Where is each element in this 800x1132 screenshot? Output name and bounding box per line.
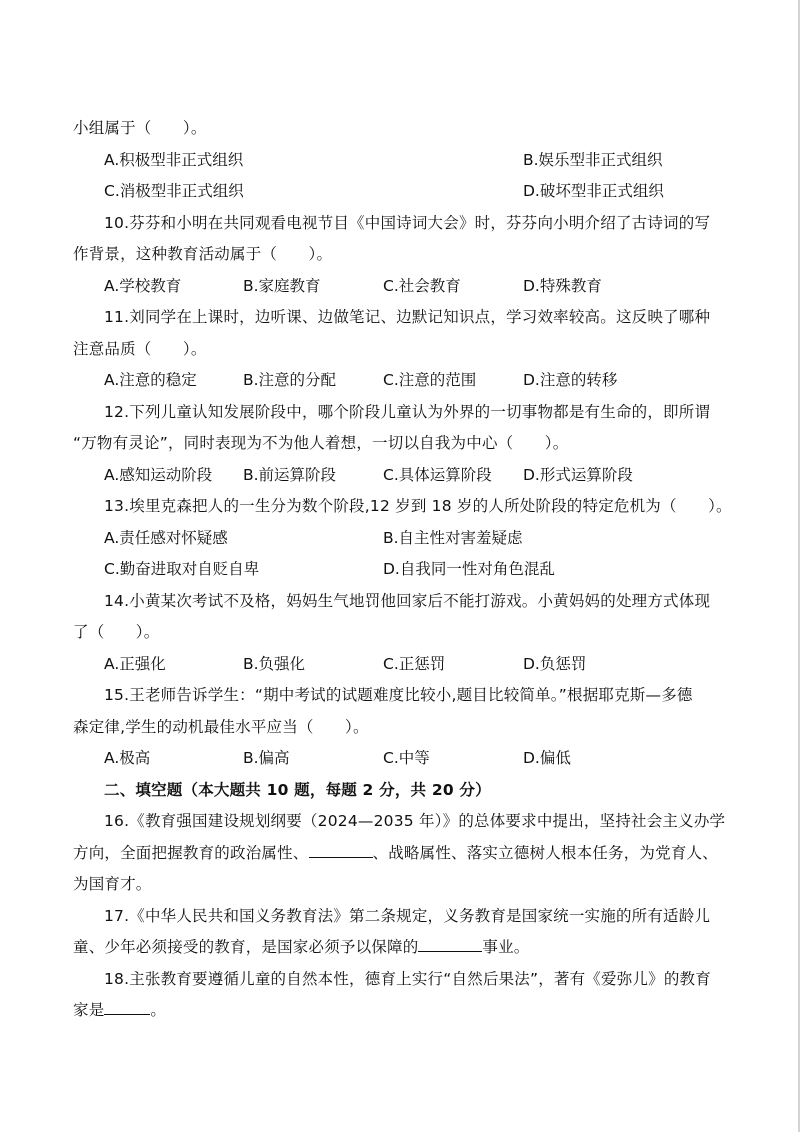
- option-d[interactable]: D.形式运算阶段: [523, 465, 633, 485]
- question-17-text-a: 童、少年必须接受的教育，是国家必须予以保障的: [73, 938, 418, 956]
- option-c[interactable]: C.消极型非正式组织: [104, 181, 244, 201]
- question-15-stem-line1: 15.王老师告诉学生：“期中考试的试题难度比较小,题目比较简单。”根据耶克斯—多…: [104, 685, 693, 705]
- fill-blank-17[interactable]: [418, 937, 482, 952]
- question-18-stem-line1: 18.主张教育要遵循儿童的自然本性，德育上实行“自然后果法”，著有《爱弥儿》的教…: [104, 969, 711, 989]
- option-d[interactable]: D.偏低: [523, 748, 571, 768]
- option-a[interactable]: A.正强化: [104, 654, 166, 674]
- fill-blank-16[interactable]: [309, 843, 373, 858]
- option-c[interactable]: C.中等: [383, 748, 430, 768]
- option-d[interactable]: D.负惩罚: [523, 654, 586, 674]
- question-17-stem-line1: 17.《中华人民共和国义务教育法》第二条规定，义务教育是国家统一实施的所有适龄儿: [104, 906, 710, 926]
- question-16-stem-line2: 方向，全面把握教育的政治属性、、战略属性、落实立德树人根本任务，为党育人、: [73, 843, 718, 863]
- question-9-options-row1: A.积极型非正式组织 B.娱乐型非正式组织: [0, 150, 800, 170]
- option-d[interactable]: D.自我同一性对角色混乱: [383, 559, 555, 579]
- question-16-stem-line1: 16.《教育强国建设规划纲要（2024—2035 年）》的总体要求中提出，坚持社…: [104, 811, 725, 831]
- option-b[interactable]: B.偏高: [243, 748, 290, 768]
- question-18-stem-line2: 家是。: [73, 1000, 166, 1020]
- question-12-stem-line1: 12.下列儿童认知发展阶段中，哪个阶段儿童认为外界的一切事物都是有生命的，即所谓: [104, 402, 710, 422]
- option-b[interactable]: B.负强化: [243, 654, 305, 674]
- question-18-text-b: 。: [150, 1001, 166, 1019]
- option-a[interactable]: A.极高: [104, 748, 150, 768]
- question-13-stem: 13.埃里克森把人的一生分为数个阶段,12 岁到 18 岁的人所处阶段的特定危机…: [104, 496, 732, 516]
- option-a[interactable]: A.注意的稳定: [104, 370, 197, 390]
- option-c[interactable]: C.社会教育: [383, 276, 461, 296]
- question-16-text-b: 、战略属性、落实立德树人根本任务，为党育人、: [373, 844, 718, 862]
- section-2-heading: 二、填空题（本大题共 10 题，每题 2 分，共 20 分）: [104, 780, 491, 800]
- question-13-options-row1: A.责任感对怀疑感 B.自主性对害羞疑虑: [0, 528, 800, 548]
- option-b[interactable]: B.注意的分配: [243, 370, 336, 390]
- option-a[interactable]: A.积极型非正式组织: [104, 150, 243, 170]
- question-13-options-row2: C.勤奋进取对自贬自卑 D.自我同一性对角色混乱: [0, 559, 800, 579]
- question-12-stem-line2: “万物有灵论”，同时表现为不为他人着想，一切以自我为中心（ ）。: [73, 433, 568, 453]
- option-c[interactable]: C.正惩罚: [383, 654, 445, 674]
- option-d[interactable]: D.破坏型非正式组织: [523, 181, 664, 201]
- question-11-stem-line1: 11.刘同学在上课时，边听课、边做笔记、边默记知识点，学习效率较高。这反映了哪种: [104, 307, 710, 327]
- option-b[interactable]: B.娱乐型非正式组织: [523, 150, 663, 170]
- fill-blank-18[interactable]: [104, 1000, 150, 1015]
- question-10-stem-line2: 作背景，这种教育活动属于（ ）。: [73, 244, 332, 264]
- option-a[interactable]: A.学校教育: [104, 276, 181, 296]
- option-c[interactable]: C.具体运算阶段: [383, 465, 492, 485]
- question-11-stem-line2: 注意品质（ ）。: [73, 339, 207, 359]
- option-b[interactable]: B.家庭教育: [243, 276, 321, 296]
- option-b[interactable]: B.前运算阶段: [243, 465, 336, 485]
- question-17-stem-line2: 童、少年必须接受的教育，是国家必须予以保障的事业。: [73, 937, 530, 957]
- question-17-text-b: 事业。: [482, 938, 529, 956]
- question-14-stem-line2: 了（ ）。: [73, 622, 159, 642]
- option-d[interactable]: D.特殊教育: [523, 276, 602, 296]
- question-9-options-row2: C.消极型非正式组织 D.破坏型非正式组织: [0, 181, 800, 201]
- question-12-options: A.感知运动阶段 B.前运算阶段 C.具体运算阶段 D.形式运算阶段: [0, 465, 800, 485]
- option-a[interactable]: A.感知运动阶段: [104, 465, 212, 485]
- question-16-stem-line3: 为国育才。: [73, 874, 152, 894]
- question-14-stem-line1: 14.小黄某次考试不及格，妈妈生气地罚他回家后不能打游戏。小黄妈妈的处理方式体现: [104, 591, 710, 611]
- question-14-options: A.正强化 B.负强化 C.正惩罚 D.负惩罚: [0, 654, 800, 674]
- option-a[interactable]: A.责任感对怀疑感: [104, 528, 228, 548]
- question-10-options: A.学校教育 B.家庭教育 C.社会教育 D.特殊教育: [0, 276, 800, 296]
- question-10-stem-line1: 10.芬芬和小明在共同观看电视节目《中国诗词大会》时，芬芬向小明介绍了古诗词的写: [104, 213, 710, 233]
- option-d[interactable]: D.注意的转移: [523, 370, 617, 390]
- question-18-text-a: 家是: [73, 1001, 104, 1019]
- question-9-stem-tail: 小组属于（ ）。: [73, 118, 207, 138]
- question-15-options: A.极高 B.偏高 C.中等 D.偏低: [0, 748, 800, 768]
- question-15-stem-line2: 森定律,学生的动机最佳水平应当（ ）。: [73, 717, 369, 737]
- option-b[interactable]: B.自主性对害羞疑虑: [383, 528, 523, 548]
- question-16-text-a: 方向，全面把握教育的政治属性、: [73, 844, 309, 862]
- question-11-options: A.注意的稳定 B.注意的分配 C.注意的范围 D.注意的转移: [0, 370, 800, 390]
- option-c[interactable]: C.注意的范围: [383, 370, 476, 390]
- option-c[interactable]: C.勤奋进取对自贬自卑: [104, 559, 259, 579]
